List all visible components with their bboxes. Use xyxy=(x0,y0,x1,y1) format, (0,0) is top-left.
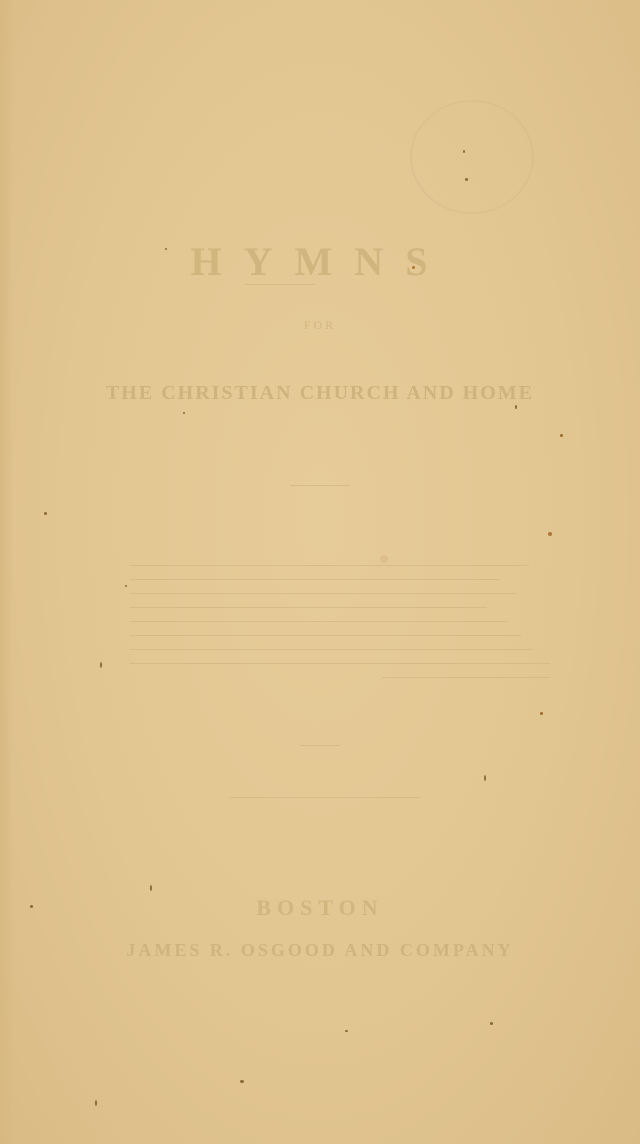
text-line xyxy=(130,635,521,636)
paper-speck xyxy=(463,150,465,153)
paper-speck xyxy=(183,412,185,414)
text-line xyxy=(382,677,550,678)
section-rule xyxy=(290,485,350,486)
paper-speck xyxy=(490,1022,493,1025)
paper-speck xyxy=(95,1100,97,1106)
title-preposition: FOR xyxy=(0,318,640,333)
text-line xyxy=(130,565,529,566)
paper-speck xyxy=(240,1080,244,1083)
paper-speck xyxy=(560,434,563,437)
text-line xyxy=(130,579,500,580)
paper-speck xyxy=(515,405,517,409)
faded-paragraph xyxy=(130,565,550,691)
book-title: HYMNS xyxy=(0,238,640,285)
paper-speck xyxy=(125,585,127,587)
book-subtitle: THE CHRISTIAN CHURCH AND HOME xyxy=(0,382,640,405)
paper-speck xyxy=(150,885,152,891)
paper-stain xyxy=(380,555,388,563)
title-page: HYMNS FOR THE CHRISTIAN CHURCH AND HOME … xyxy=(0,0,640,1144)
attribution-rule xyxy=(230,797,420,798)
title-rule xyxy=(245,284,315,285)
ornament-rule xyxy=(300,745,340,746)
paper-speck xyxy=(165,248,167,250)
paper-speck xyxy=(548,532,552,536)
text-line xyxy=(130,621,508,622)
imprint-publisher: JAMES R. OSGOOD AND COMPANY xyxy=(0,940,640,961)
paper-speck xyxy=(465,178,468,181)
paper-speck xyxy=(540,712,543,715)
paper-speck xyxy=(100,662,102,668)
paper-speck xyxy=(44,512,47,515)
text-line xyxy=(130,607,487,608)
stamp-seal xyxy=(410,100,534,214)
text-line xyxy=(130,593,516,594)
text-line xyxy=(130,663,550,664)
text-line xyxy=(130,649,533,650)
library-stamp xyxy=(250,95,630,225)
page-edge-shadow xyxy=(0,0,14,1144)
paper-speck xyxy=(484,775,486,781)
imprint-city: BOSTON xyxy=(0,895,640,921)
paper-speck xyxy=(345,1030,348,1032)
paper-speck xyxy=(412,266,415,269)
paper-speck xyxy=(30,905,33,908)
